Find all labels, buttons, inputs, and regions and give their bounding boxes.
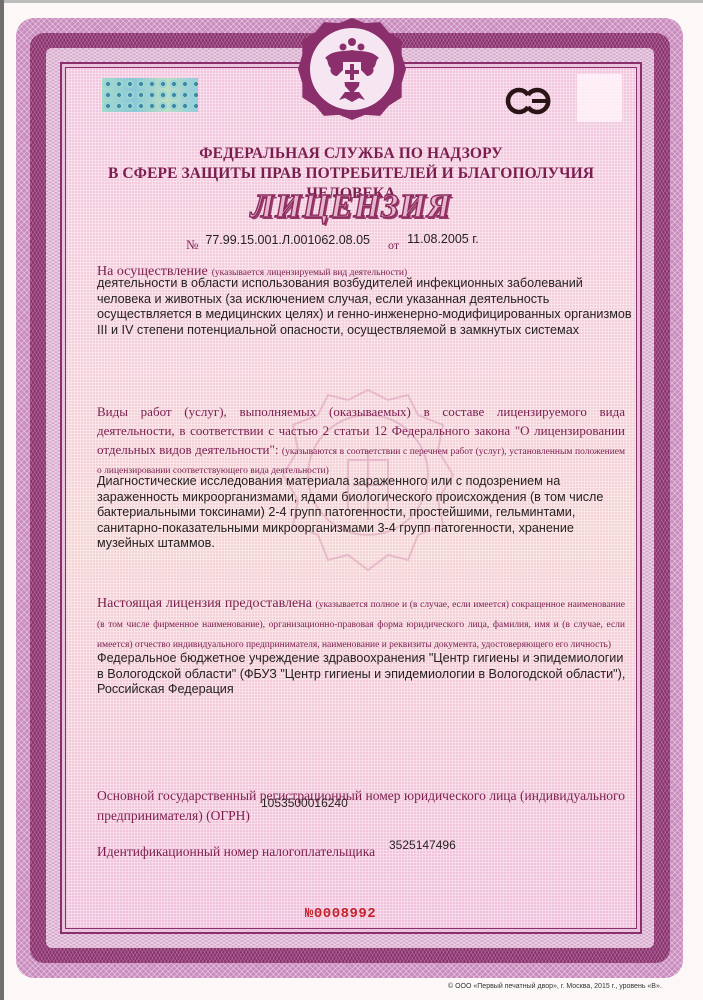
inn-value: 3525147496: [389, 838, 456, 852]
blank-patch: [577, 74, 622, 122]
scan-edge-left: [0, 0, 4, 1000]
license-date: 11.08.2005 г.: [407, 232, 479, 246]
ogrn-section: Основной государственный регистрационный…: [97, 786, 625, 826]
activity-value: деятельности в области использования воз…: [97, 276, 632, 338]
license-number-row: № 77.99.15.001.Л.001062.08.05: [186, 232, 370, 248]
activity-section: На осуществление (указывается лицензируе…: [97, 264, 627, 338]
inn-section: Идентификационный номер налогоплательщик…: [97, 842, 627, 861]
works-section: Виды работ (услуг), выполняемых (оказыва…: [97, 402, 625, 552]
conformity-mark-icon: [502, 86, 552, 116]
works-value: Диагностические исследования материала з…: [97, 474, 632, 552]
form-serial-number: №0008992: [305, 906, 376, 922]
ogrn-label: Основной государственный регистрационный…: [97, 786, 625, 826]
printer-copyright: © ООО «Первый печатный двор», г. Москва,…: [448, 983, 662, 990]
license-number: 77.99.15.001.Л.001062.08.05: [205, 233, 370, 247]
ogrn-value: 1053500016240: [261, 796, 348, 810]
licensee-value: Федеральное бюджетное учреждение здравоо…: [97, 651, 632, 698]
coat-of-arms-icon: [310, 28, 394, 110]
licensee-label: Настоящая лицензия предоставлена: [97, 596, 312, 611]
document-title: ЛИЦЕНЗИЯ: [62, 188, 640, 226]
scan-edge-top: [0, 0, 703, 3]
licensee-section: Настоящая лицензия предоставлена (указыв…: [97, 594, 625, 698]
inn-label: Идентификационный номер налогоплательщик…: [97, 844, 375, 859]
agency-line-1: ФЕДЕРАЛЬНАЯ СЛУЖБА ПО НАДЗОРУ: [62, 144, 640, 164]
license-date-row: от 11.08.2005 г.: [388, 232, 479, 247]
number-label: №: [186, 237, 198, 252]
hologram-sticker: [102, 78, 198, 112]
date-label: от: [388, 238, 399, 252]
